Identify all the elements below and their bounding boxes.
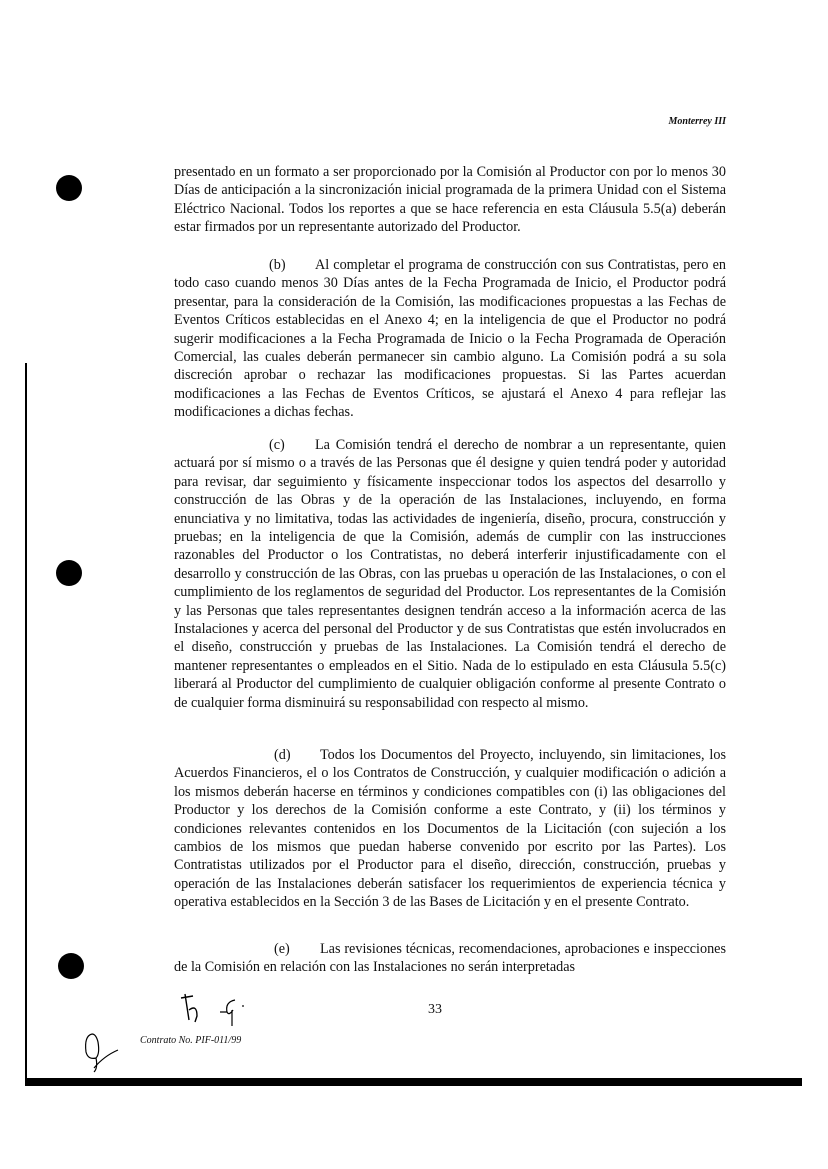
contract-number: Contrato No. PIF-011/99 bbox=[140, 1035, 241, 1046]
paragraph-label: (e) bbox=[274, 940, 320, 958]
punch-hole-icon bbox=[56, 560, 82, 586]
paragraph-b: (b)Al completar el programa de construcc… bbox=[174, 256, 726, 422]
paragraph-label: (c) bbox=[269, 436, 315, 454]
paragraph-c: (c)La Comisión tendrá el derecho de nomb… bbox=[174, 436, 726, 712]
paragraph-text: Al completar el programa de construcción… bbox=[174, 257, 726, 420]
paragraph-text: Todos los Documentos del Proyecto, inclu… bbox=[174, 747, 726, 910]
scan-border-bottom bbox=[25, 1078, 802, 1086]
paragraph-text: presentado en un formato a ser proporcio… bbox=[174, 164, 726, 235]
scan-border-left bbox=[25, 363, 27, 1085]
paragraph-label: (d) bbox=[274, 746, 320, 764]
signature-initials-icon bbox=[175, 990, 265, 1030]
signature-initial-icon bbox=[80, 1028, 130, 1076]
paragraph-a-continuation: presentado en un formato a ser proporcio… bbox=[174, 163, 726, 237]
paragraph-d: (d)Todos los Documentos del Proyecto, in… bbox=[174, 746, 726, 912]
running-header: Monterrey III bbox=[668, 116, 726, 127]
paragraph-text: La Comisión tendrá el derecho de nombrar… bbox=[174, 437, 726, 711]
page-number: 33 bbox=[428, 1002, 442, 1018]
punch-hole-icon bbox=[58, 953, 84, 979]
paragraph-e: (e)Las revisiones técnicas, recomendacio… bbox=[174, 940, 726, 977]
paragraph-text: Las revisiones técnicas, recomendaciones… bbox=[174, 941, 726, 975]
paragraph-label: (b) bbox=[269, 256, 315, 274]
punch-hole-icon bbox=[56, 175, 82, 201]
